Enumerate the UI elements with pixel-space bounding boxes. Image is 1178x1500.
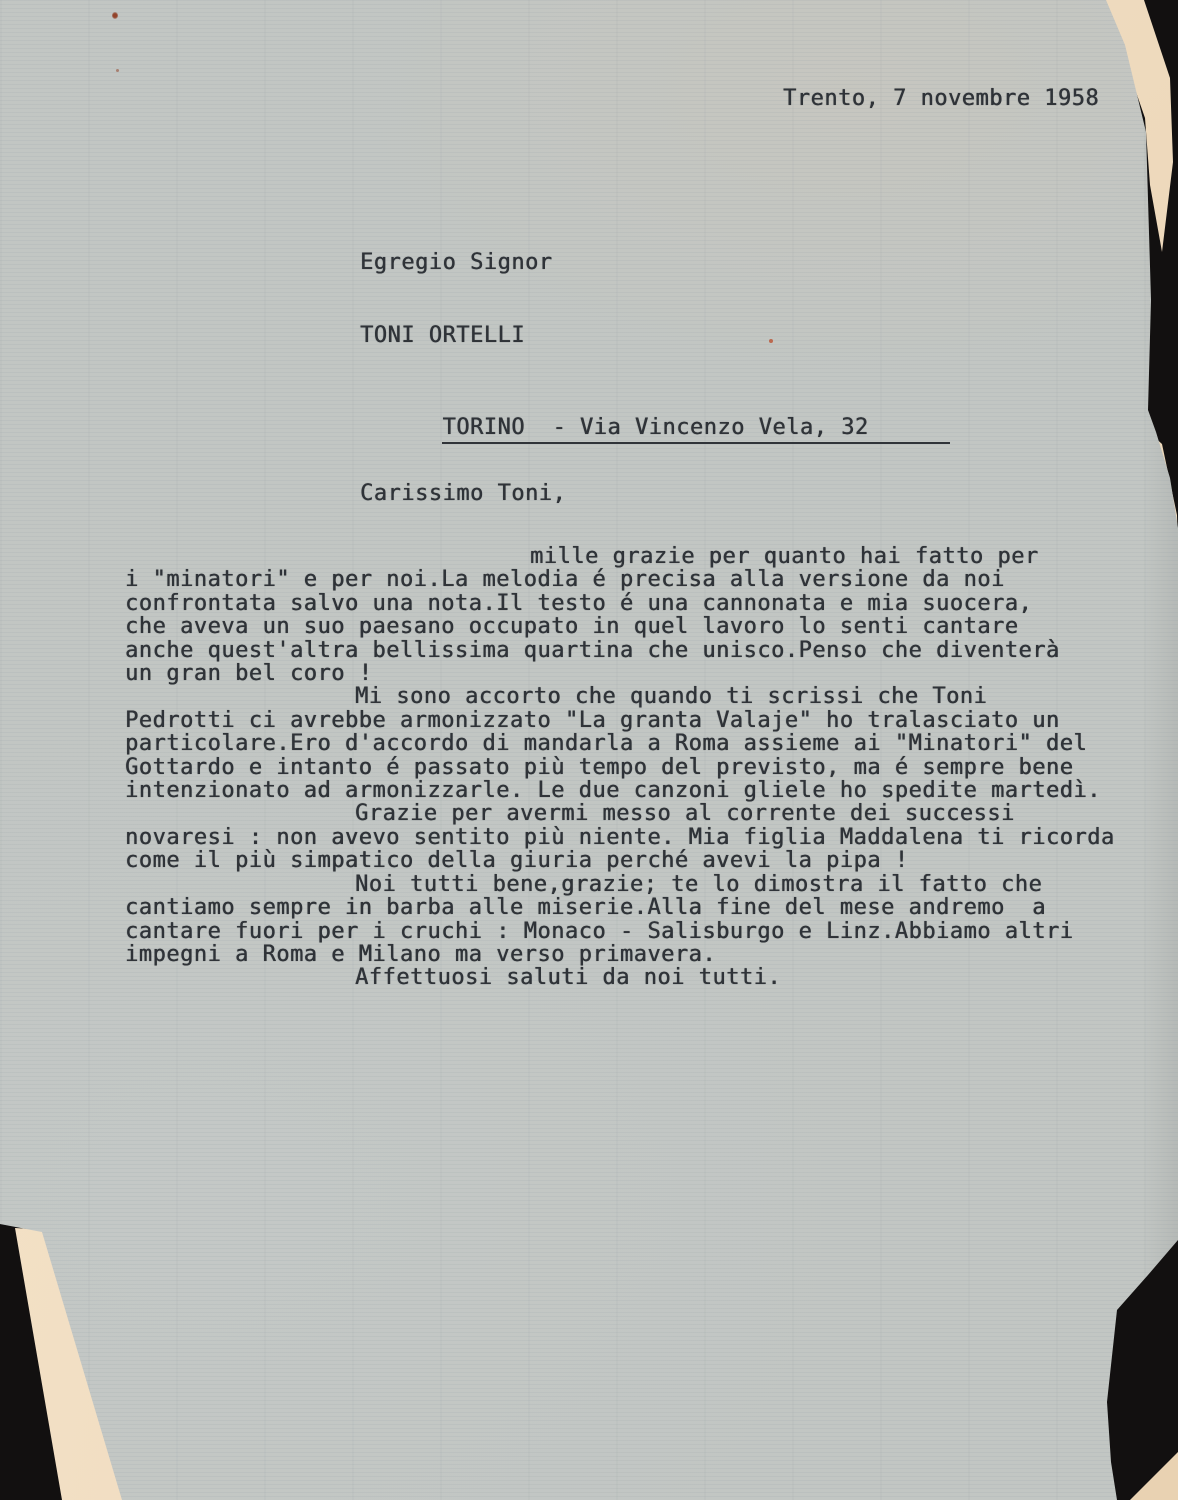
recipient-salutation-title: Egregio Signor <box>360 250 552 275</box>
recipient-name: TONI ORTELLI <box>360 323 525 348</box>
letter-body-line: cantare fuori per i cruchi : Monaco - Sa… <box>125 920 1135 943</box>
letter-body-line: Grazie per avermi messo al corrente dei … <box>125 802 1135 825</box>
red-ink-speck <box>116 69 119 72</box>
letter-date: Trento, 7 novembre 1958 <box>783 86 1099 111</box>
letter-body-line: come il più simpatico della giuria perch… <box>125 849 1135 872</box>
letter-body-line: confrontata salvo una nota.Il testo é un… <box>125 592 1135 615</box>
letter-body-line: anche quest'altra bellissima quartina ch… <box>125 639 1135 662</box>
letter-body-line: un gran bel coro ! <box>125 662 1135 685</box>
letter-body-line: Affettuosi saluti da noi tutti. <box>125 966 1135 989</box>
letter-greeting: Carissimo Toni, <box>360 481 566 506</box>
scanned-letter: Trento, 7 novembre 1958 Egregio Signor T… <box>0 0 1178 1500</box>
letter-body-line: particolare.Ero d'accordo di mandarla a … <box>125 732 1135 755</box>
letter-paper: Trento, 7 novembre 1958 Egregio Signor T… <box>0 0 1178 1500</box>
letter-body-line: cantiamo sempre in barba alle miserie.Al… <box>125 896 1135 919</box>
letter-body-line: intenzionato ad armonizzarle. Le due can… <box>125 779 1135 802</box>
recipient-address-text: TORINO - Via Vincenzo Vela, 32 <box>442 415 950 444</box>
letter-body-line: i "minatori" e per noi.La melodia é prec… <box>125 568 1135 591</box>
letter-body-line: che aveva un suo paesano occupato in que… <box>125 615 1135 638</box>
letter-body-line: novaresi : non avevo sentito più niente.… <box>125 826 1135 849</box>
letter-body-line: Gottardo e intanto é passato più tempo d… <box>125 756 1135 779</box>
letter-body-line: mille grazie per quanto hai fatto per <box>125 545 1135 568</box>
recipient-address: TORINO - Via Vincenzo Vela, 32 <box>360 390 950 469</box>
red-ink-speck <box>769 339 773 343</box>
letter-body-line: Mi sono accorto che quando ti scrissi ch… <box>125 685 1135 708</box>
letter-body-line: Pedrotti ci avrebbe armonizzato "La gran… <box>125 709 1135 732</box>
letter-body-line: impegni a Roma e Milano ma verso primave… <box>125 943 1135 966</box>
letter-body: mille grazie per quanto hai fatto peri "… <box>125 545 1135 990</box>
red-ink-speck <box>112 12 118 19</box>
letter-body-line: Noi tutti bene,grazie; te lo dimostra il… <box>125 873 1135 896</box>
